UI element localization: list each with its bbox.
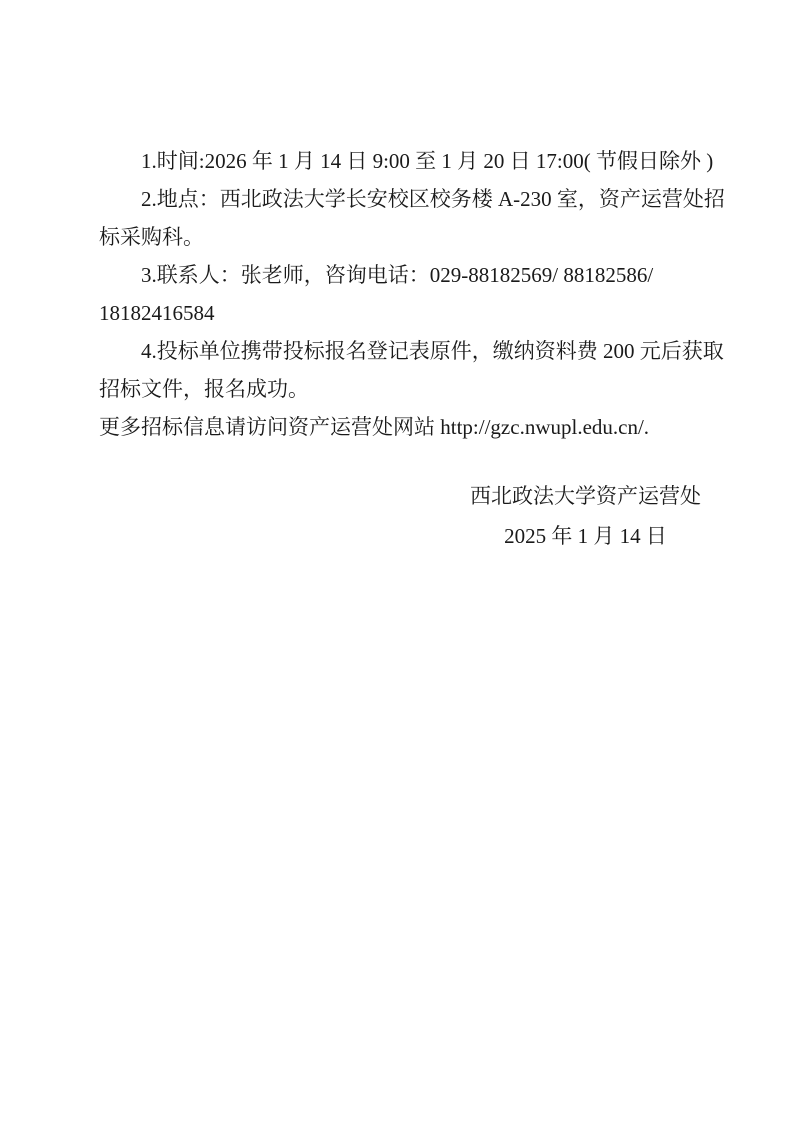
- more-info-line: 更多招标信息请访问资产运营处网站 http://gzc.nwupl.edu.cn…: [99, 408, 739, 446]
- item-contact-line-2: 18182416584: [99, 294, 739, 332]
- signature-organization: 西北政法大学资产运营处: [470, 476, 701, 516]
- item-registration-line-1: 4.投标单位携带投标报名登记表原件，缴纳资料费 200 元后获取: [99, 332, 739, 370]
- signature-block: 西北政法大学资产运营处 2025 年 1 月 14 日: [470, 476, 701, 556]
- signature-date: 2025 年 1 月 14 日: [470, 516, 701, 556]
- item-registration-line-2: 招标文件，报名成功。: [99, 370, 739, 408]
- document-body: 1.时间:2026 年 1 月 14 日 9:00 至 1 月 20 日 17:…: [99, 142, 739, 556]
- item-time-line: 1.时间:2026 年 1 月 14 日 9:00 至 1 月 20 日 17:…: [99, 142, 739, 180]
- document-page: 1.时间:2026 年 1 月 14 日 9:00 至 1 月 20 日 17:…: [0, 0, 793, 1122]
- item-location-line-1: 2.地点：西北政法大学长安校区校务楼 A-230 室，资产运营处招: [99, 180, 739, 218]
- item-location-line-2: 标采购科。: [99, 218, 739, 256]
- item-contact-line-1: 3.联系人：张老师，咨询电话：029-88182569/ 88182586/: [99, 256, 739, 294]
